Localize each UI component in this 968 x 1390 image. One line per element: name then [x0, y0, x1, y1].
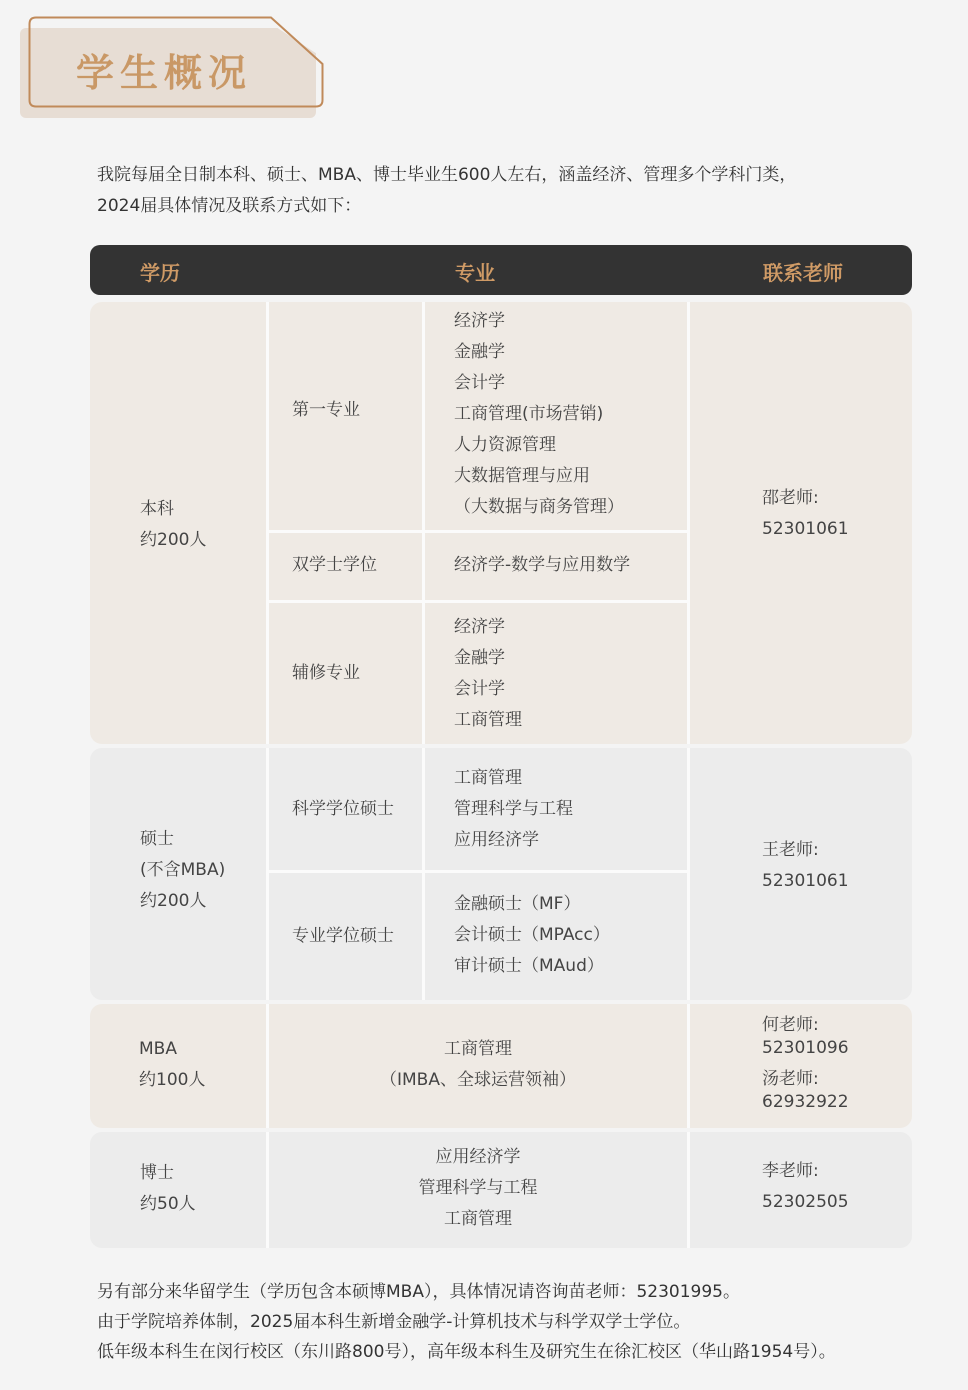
level-undergrad: 本科 约200人 [140, 494, 206, 556]
major-type-professional-master: 专业学位硕士 [292, 921, 394, 952]
note-3: 低年级本科生在闵行校区（东川路800号），高年级本科生及研究生在徐汇校区（华山路… [97, 1337, 836, 1367]
note-1: 另有部分来华留学生（学历包含本硕博MBA），具体情况请咨询苗老师：5230199… [97, 1277, 836, 1307]
contact-phd: 李老师: 52302505 [762, 1156, 849, 1218]
header-education: 学历 [140, 257, 180, 286]
table-row-undergrad: 本科 约200人 第一专业 经济学 金融学 会计学 工商管理(市场营销) 人力资… [90, 302, 912, 744]
intro-paragraph: 我院每届全日制本科、硕士、MBA、博士毕业生600人左右，涵盖经济、管理多个学科… [97, 160, 897, 222]
header-contact: 联系老师 [763, 257, 843, 286]
level-mba: MBA 约100人 [139, 1034, 205, 1096]
intro-line-1: 我院每届全日制本科、硕士、MBA、博士毕业生600人左右，涵盖经济、管理多个学科… [97, 160, 897, 191]
major-type-academic-master: 科学学位硕士 [292, 794, 394, 825]
major-list-double-degree: 经济学-数学与应用数学 [454, 550, 630, 581]
major-type-minor: 辅修专业 [292, 658, 360, 689]
major-type-double-degree: 双学士学位 [292, 550, 377, 581]
major-list-minor: 经济学 金融学 会计学 工商管理 [454, 612, 522, 736]
intro-line-2: 2024届具体情况及联系方式如下： [97, 191, 897, 222]
contact-undergrad: 邵老师: 52301061 [762, 483, 849, 545]
section-title-badge: 学生概况 [20, 16, 326, 120]
note-2: 由于学院培养体制，2025届本科生新增金融学-计算机技术与科学双学士学位。 [97, 1307, 836, 1337]
major-list-phd: 应用经济学 管理科学与工程 工商管理 [269, 1142, 687, 1235]
level-master: 硕士 (不含MBA) 约200人 [140, 824, 225, 917]
page-title: 学生概况 [76, 42, 252, 97]
table-header: 学历 专业 联系老师 [90, 245, 912, 295]
footnotes: 另有部分来华留学生（学历包含本硕博MBA），具体情况请咨询苗老师：5230199… [97, 1277, 836, 1367]
major-list-first: 经济学 金融学 会计学 工商管理(市场营销) 人力资源管理 大数据管理与应用 （… [454, 306, 624, 523]
major-list-mba: 工商管理 （IMBA、全球运营领袖） [269, 1034, 687, 1096]
major-list-academic-master: 工商管理 管理科学与工程 应用经济学 [454, 763, 573, 856]
major-type-first: 第一专业 [292, 395, 360, 426]
contact-mba: 何老师: 52301096 汤老师: 62932922 [762, 1014, 849, 1114]
table-row-mba: MBA 约100人 工商管理 （IMBA、全球运营领袖） 何老师: 523010… [90, 1004, 912, 1128]
contact-master: 王老师: 52301061 [762, 835, 849, 897]
level-phd: 博士 约50人 [140, 1158, 196, 1220]
header-major: 专业 [455, 257, 495, 286]
table-row-master: 硕士 (不含MBA) 约200人 科学学位硕士 工商管理 管理科学与工程 应用经… [90, 748, 912, 1000]
table-row-phd: 博士 约50人 应用经济学 管理科学与工程 工商管理 李老师: 52302505 [90, 1132, 912, 1248]
major-list-professional-master: 金融硕士（MF） 会计硕士（MPAcc） 审计硕士（MAud） [454, 889, 610, 982]
